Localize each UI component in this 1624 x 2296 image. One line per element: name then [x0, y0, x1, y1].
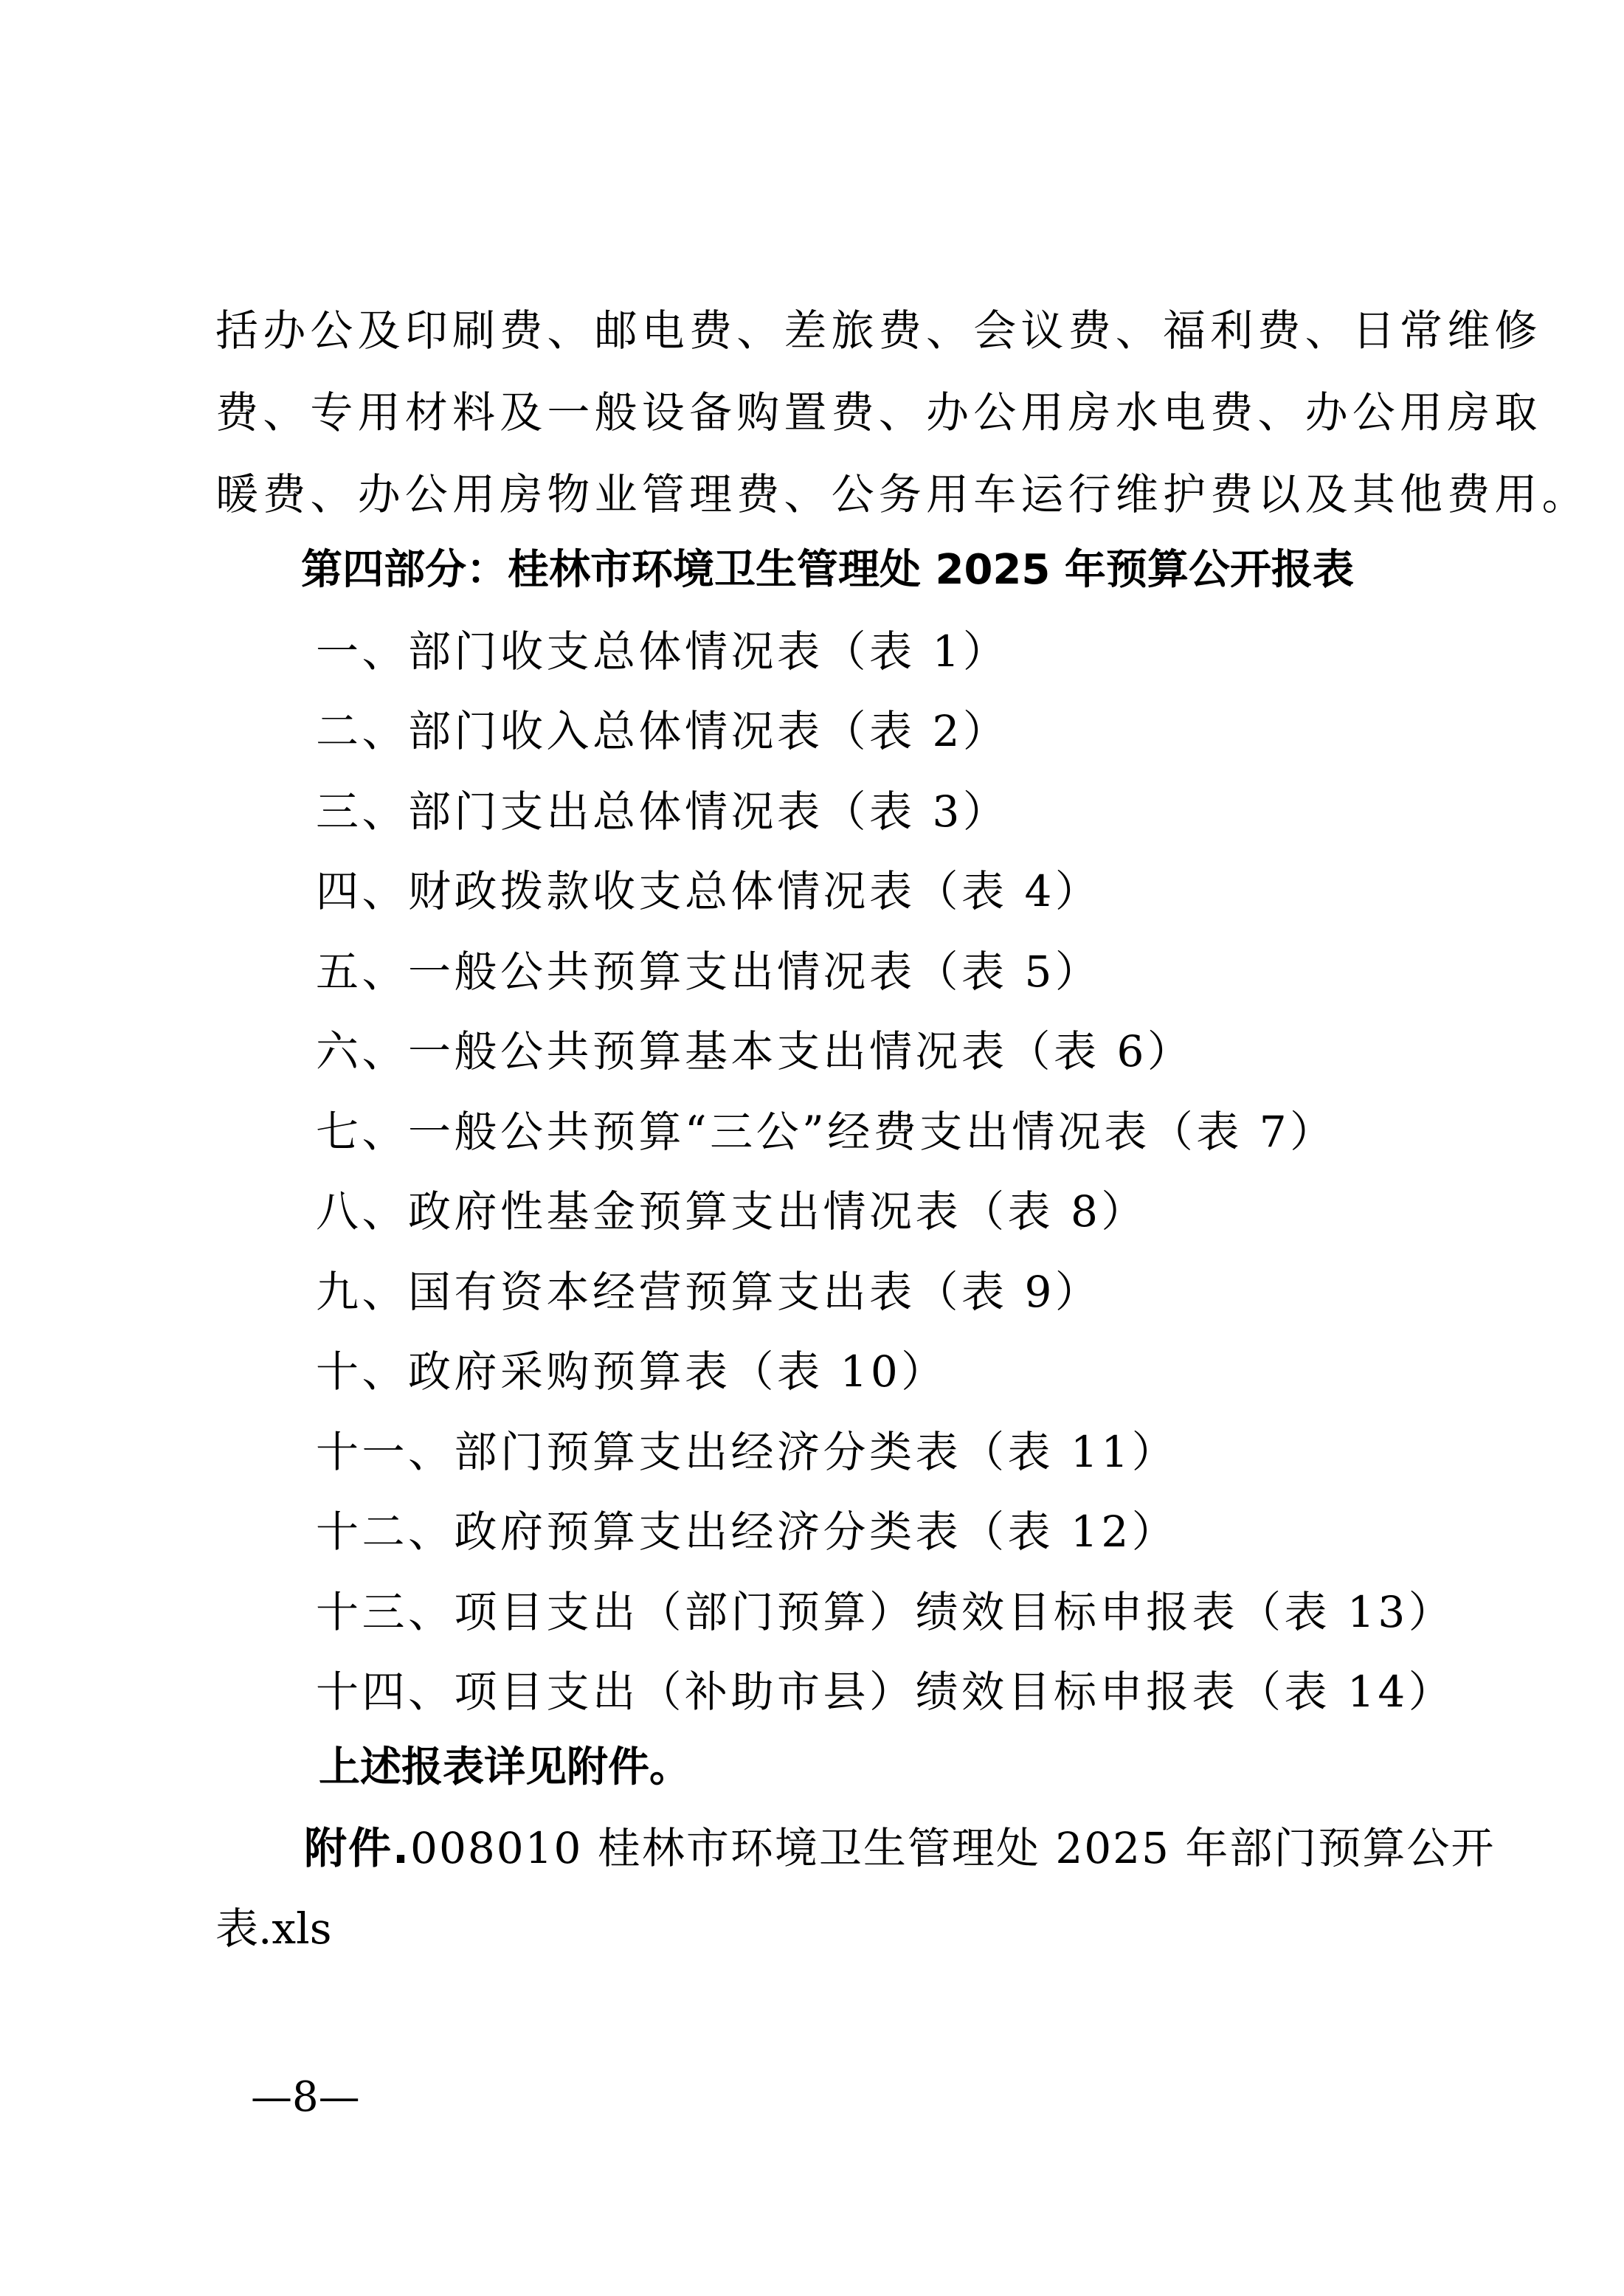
attachment-line-1: 附件.008010 桂林市环境卫生管理处 2025 年部门预算公开	[304, 1819, 1495, 1878]
toc-item-7: 七、一般公共预算“三公”经费支出情况表（表 7）	[316, 1102, 1336, 1161]
attachment-label: 附件.	[304, 1823, 410, 1873]
toc-item-1: 一、部门收支总体情况表（表 1）	[316, 622, 1009, 681]
body-paragraph-line-2: 费、专用材料及一般设备购置费、办公用房水电费、办公用房取	[215, 383, 1440, 442]
toc-item-14: 十四、项目支出（补助市县）绩效目标申报表（表 14）	[316, 1662, 1454, 1721]
toc-item-13: 十三、项目支出（部门预算）绩效目标申报表（表 13）	[316, 1583, 1454, 1642]
section-heading: 第四部分：桂林市环境卫生管理处 2025 年预算公开报表	[301, 541, 1354, 600]
toc-item-4: 四、财政拨款收支总体情况表（表 4）	[316, 862, 1101, 921]
toc-item-5: 五、一般公共预算支出情况表（表 5）	[316, 942, 1101, 1001]
attachment-line-2[interactable]: 表.xls	[215, 1899, 331, 1958]
toc-item-10: 十、政府采购预算表（表 10）	[316, 1342, 947, 1401]
document-page: 括办公及印刷费、邮电费、差旅费、会议费、福利费、日常维修 费、专用材料及一般设备…	[0, 0, 1624, 2296]
toc-item-9: 九、国有资本经营预算支出表（表 9）	[316, 1262, 1101, 1321]
toc-item-3: 三、部门支出总体情况表（表 3）	[316, 782, 1009, 841]
attachment-note: 上述报表详见附件。	[319, 1738, 691, 1797]
toc-item-8: 八、政府性基金预算支出情况表（表 8）	[316, 1182, 1147, 1241]
attachment-filename[interactable]: 008010 桂林市环境卫生管理处 2025 年部门预算公开	[410, 1823, 1495, 1873]
toc-item-2: 二、部门收入总体情况表（表 2）	[316, 702, 1009, 761]
page-number: —8—	[251, 2072, 360, 2123]
toc-item-6: 六、一般公共预算基本支出情况表（表 6）	[316, 1022, 1193, 1081]
toc-item-11: 十一、部门预算支出经济分类表（表 11）	[316, 1422, 1178, 1481]
body-paragraph-line-3: 暖费、办公用房物业管理费、公务用车运行维护费以及其他费用。	[215, 465, 1440, 524]
toc-item-12: 十二、政府预算支出经济分类表（表 12）	[316, 1502, 1178, 1561]
body-paragraph-line-1: 括办公及印刷费、邮电费、差旅费、会议费、福利费、日常维修	[215, 301, 1440, 360]
